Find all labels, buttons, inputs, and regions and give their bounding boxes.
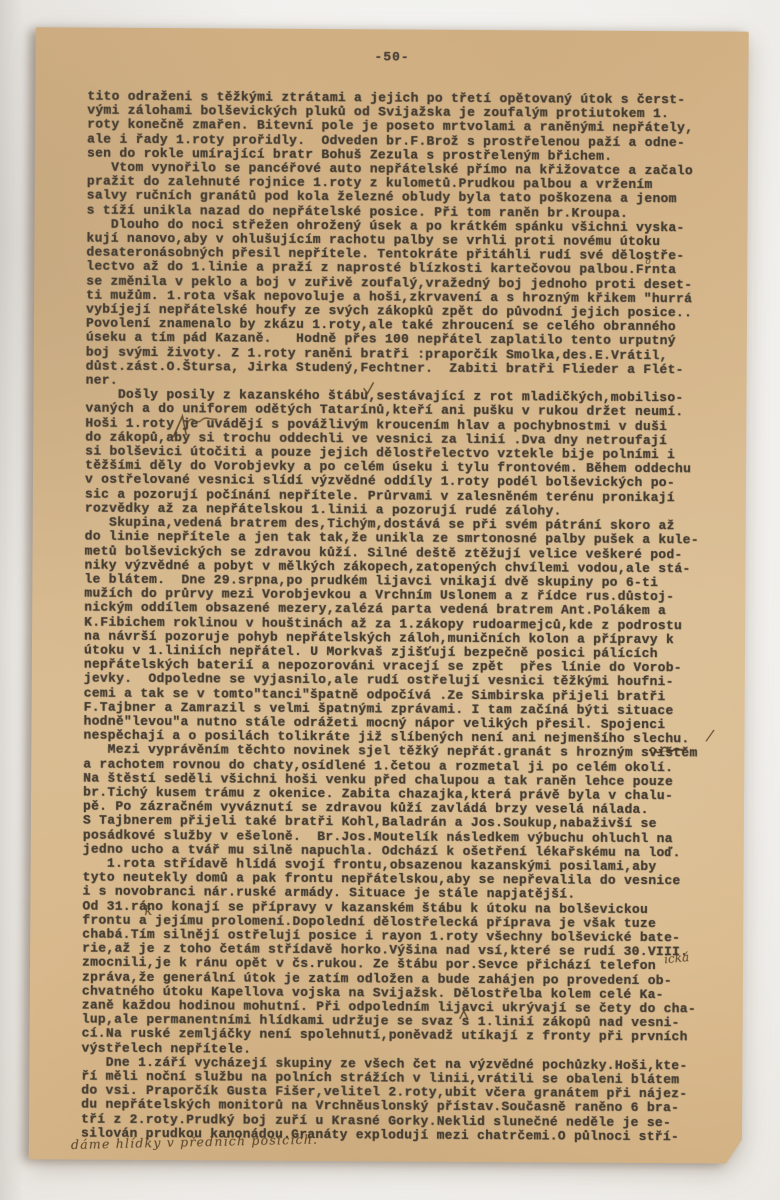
typed-text: tito odraženi s těžkými ztrátami a jejic… bbox=[81, 90, 735, 1145]
handwritten-caret-scribble bbox=[169, 413, 223, 439]
handwritten-suffix-icka: ická bbox=[663, 950, 689, 966]
handwritten-overwrite-mark bbox=[458, 1009, 470, 1021]
handwritten-letter-k: k bbox=[144, 904, 153, 919]
handwritten-check-mark bbox=[362, 381, 376, 395]
document-page: -50- tito odraženi s těžkými ztrátami a … bbox=[29, 27, 749, 1163]
handwritten-squiggle bbox=[647, 742, 693, 758]
page-number: -50- bbox=[36, 48, 749, 66]
handwritten-superscript-o: o bbox=[645, 257, 650, 267]
scanned-photo: -50- tito odraženi s těžkými ztrátami a … bbox=[0, 0, 780, 1200]
paper-sheet: -50- tito odraženi s těžkými ztrátami a … bbox=[29, 27, 749, 1163]
